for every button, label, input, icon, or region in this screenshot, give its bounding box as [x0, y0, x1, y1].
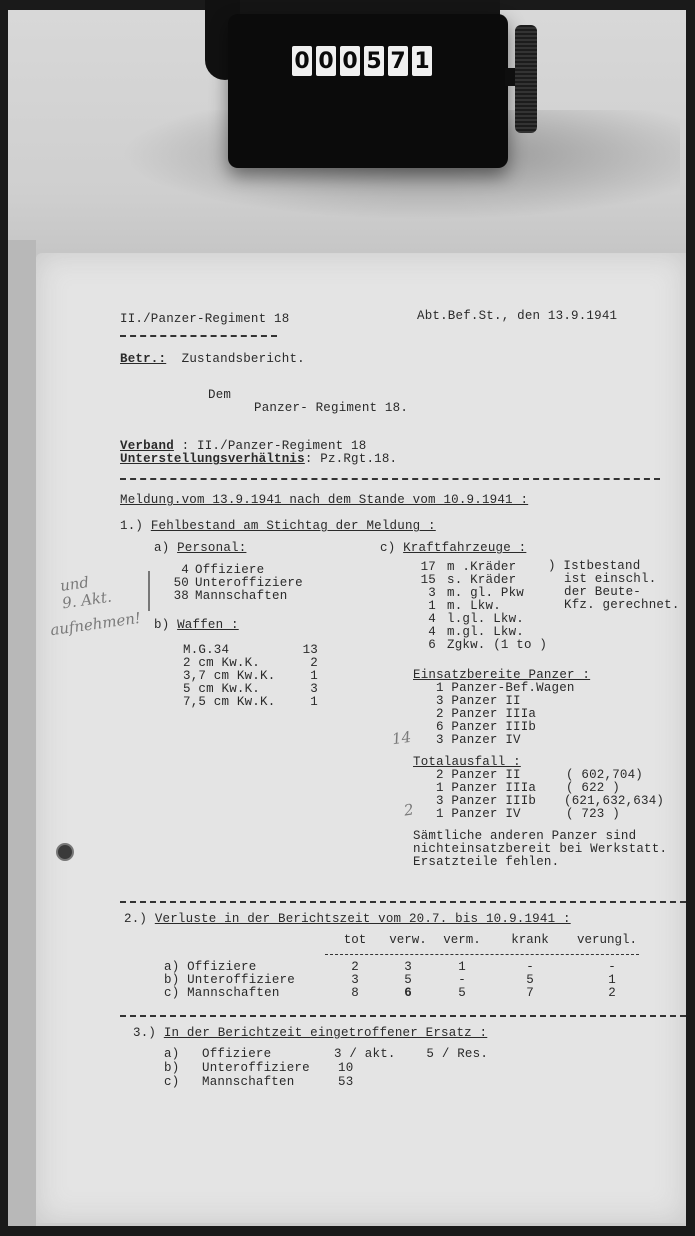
totalausfall-row: 1 Panzer IIIa — [436, 781, 536, 795]
subject-label: Betr.: — [120, 352, 166, 366]
losses-col-header: tot — [325, 933, 385, 947]
kfz-label: m .Kräder — [447, 560, 516, 574]
addressee-line2: Panzer- Regiment 18. — [254, 401, 408, 415]
kfz-count: 1 — [410, 599, 436, 613]
kfz-note: ist einschl. — [564, 572, 656, 586]
einsatzbereit-row: 1 Panzer-Bef.Wagen — [436, 681, 575, 695]
unterstellung-label: Unterstellungsverhältnis — [120, 452, 305, 466]
section1-heading: 1.) Fehlbestand am Stichtag der Meldung … — [120, 519, 436, 533]
counter-knob — [515, 25, 537, 133]
personal-label: Mannschaften — [195, 589, 287, 603]
losses-col-header: verw. — [378, 933, 438, 947]
replacement-value: 53 — [338, 1075, 353, 1089]
replacement-marker: a) — [164, 1047, 179, 1061]
losses-cell: 2 — [325, 960, 385, 974]
waffen-heading: b) Waffen : — [154, 618, 239, 632]
personal-heading: a) Personal: — [154, 541, 246, 555]
frame-counter — [228, 14, 508, 168]
personal-count: 50 — [167, 576, 189, 590]
kfz-label: m. Lkw. — [447, 599, 501, 613]
totalausfall-numbers: ( 622 ) — [566, 781, 620, 795]
waffen-count: 3 — [294, 682, 318, 696]
losses-cell: 5 — [378, 973, 438, 987]
kfz-count: 4 — [410, 625, 436, 639]
kfz-label: l.gl. Lkw. — [447, 612, 524, 626]
unterstellung-value: : Pz.Rgt.18. — [305, 452, 397, 466]
losses-header-rule — [325, 954, 639, 955]
document-page: II./Panzer-Regiment 18 Abt.Bef.St., den … — [36, 253, 686, 1223]
losses-cell: 1 — [432, 960, 492, 974]
kfz-label: m.gl. Lkw. — [447, 625, 524, 639]
waffen-label: 7,5 cm Kw.K. — [183, 695, 275, 709]
section-divider — [120, 1015, 686, 1017]
kfz-count: 6 — [410, 638, 436, 652]
einsatzbereit-heading: Einsatzbereite Panzer : — [413, 668, 590, 682]
personal-count: 38 — [167, 589, 189, 603]
personal-count: 4 — [167, 563, 189, 577]
waffen-count: 1 — [294, 695, 318, 709]
replacement-label: Mannschaften — [202, 1075, 294, 1089]
counter-digit: 1 — [412, 46, 432, 76]
losses-col-header: verm. — [432, 933, 492, 947]
losses-cell: - — [582, 960, 642, 974]
totalausfall-row: 2 Panzer II — [436, 768, 521, 782]
counter-digit: 0 — [340, 46, 360, 76]
counter-digit: 5 — [364, 46, 384, 76]
personal-label: Unteroffiziere — [195, 576, 303, 590]
remark-line: Sämtliche anderen Panzer sind — [413, 829, 636, 843]
losses-cell: 1 — [582, 973, 642, 987]
subject-line: Betr.: Zustandsbericht. — [120, 352, 305, 366]
einsatzbereit-row: 6 Panzer IIIb — [436, 720, 536, 734]
kfz-count: 17 — [410, 560, 436, 574]
losses-cell: 3 — [325, 973, 385, 987]
losses-cell: - — [500, 960, 560, 974]
losses-col-header: verungl. — [572, 933, 642, 947]
waffen-count: 13 — [294, 643, 318, 657]
remark-line: Ersatzteile fehlen. — [413, 855, 559, 869]
kfz-note: ) Istbestand — [548, 559, 640, 573]
replacement-value: 3 / akt. 5 / Res. — [334, 1047, 488, 1061]
kfz-label: s. Kräder — [447, 573, 516, 587]
section3-heading: 3.) In der Berichtzeit eingetroffener Er… — [133, 1026, 487, 1040]
kfz-count: 3 — [410, 586, 436, 600]
verband-value: : II./Panzer-Regiment 18 — [174, 439, 367, 453]
losses-cell: - — [432, 973, 492, 987]
totalausfall-numbers: ( 602,704) — [566, 768, 643, 782]
replacement-label: Offiziere — [202, 1047, 271, 1061]
totalausfall-row: 3 Panzer IIIb — [436, 794, 536, 808]
losses-row-label: c) Mannschaften — [164, 986, 280, 1000]
replacement-label: Unteroffiziere — [202, 1061, 310, 1075]
kfz-note: der Beute- — [564, 585, 641, 599]
waffen-count: 2 — [294, 656, 318, 670]
losses-cell: 6 — [378, 986, 438, 1000]
remark-line: nichteinsatzbereit bei Werkstatt. — [413, 842, 667, 856]
replacement-value: 10 — [338, 1061, 353, 1075]
handwritten-mark: 2 — [403, 800, 415, 819]
losses-col-header: krank — [500, 933, 560, 947]
handwritten-mark: 14 — [391, 728, 412, 748]
handwritten-note: aufnehmen! — [49, 609, 142, 640]
unterstellung-line: Unterstellungsverhältnis: Pz.Rgt.18. — [120, 452, 397, 466]
losses-row-label: b) Unteroffiziere — [164, 973, 295, 987]
left-edge-strip — [8, 240, 36, 1226]
personal-label: Offiziere — [195, 563, 264, 577]
losses-cell: 5 — [500, 973, 560, 987]
kfz-note: Kfz. gerechnet. — [564, 598, 680, 612]
kfz-heading: c) Kraftfahrzeuge : — [380, 541, 526, 555]
totalausfall-numbers: ( 723 ) — [566, 807, 620, 821]
kfz-label: m. gl. Pkw — [447, 586, 524, 600]
report-line: Meldung.vom 13.9.1941 nach dem Stande vo… — [120, 493, 528, 507]
unit-name: II./Panzer-Regiment 18 — [120, 312, 289, 326]
addressee-line1: Dem — [208, 388, 231, 402]
counter-digit: 0 — [292, 46, 312, 76]
section3-title: In der Berichtzeit eingetroffener Ersatz… — [164, 1026, 487, 1040]
waffen-label: 5 cm Kw.K. — [183, 682, 260, 696]
pencil-mark — [148, 571, 150, 611]
header-divider — [120, 335, 277, 337]
totalausfall-heading: Totalausfall : — [413, 755, 521, 769]
section1-title: Fehlbestand am Stichtag der Meldung : — [151, 519, 436, 533]
losses-cell: 2 — [582, 986, 642, 1000]
replacement-marker: b) — [164, 1061, 179, 1075]
replacement-marker: c) — [164, 1075, 179, 1089]
verband-label: Verband — [120, 439, 174, 453]
section-divider — [120, 901, 686, 903]
waffen-label: 2 cm Kw.K. — [183, 656, 260, 670]
counter-digit: 0 — [316, 46, 336, 76]
kfz-count: 4 — [410, 612, 436, 626]
losses-cell: 3 — [378, 960, 438, 974]
punch-hole — [56, 843, 74, 861]
verband-line: Verband : II./Panzer-Regiment 18 — [120, 439, 366, 453]
kfz-count: 15 — [410, 573, 436, 587]
waffen-label: 3,7 cm Kw.K. — [183, 669, 275, 683]
einsatzbereit-row: 3 Panzer IV — [436, 733, 521, 747]
losses-row-label: a) Offiziere — [164, 960, 256, 974]
subject-text: Zustandsbericht. — [182, 352, 305, 366]
losses-cell: 8 — [325, 986, 385, 1000]
einsatzbereit-row: 3 Panzer II — [436, 694, 521, 708]
section-divider — [120, 478, 660, 480]
losses-cell: 7 — [500, 986, 560, 1000]
waffen-count: 1 — [294, 669, 318, 683]
losses-cell: 5 — [432, 986, 492, 1000]
counter-digit: 7 — [388, 46, 408, 76]
section2-title: Verluste in der Berichtszeit vom 20.7. b… — [155, 912, 571, 926]
kfz-label: Zgkw. (1 to ) — [447, 638, 547, 652]
einsatzbereit-row: 2 Panzer IIIa — [436, 707, 536, 721]
totalausfall-numbers: (621,632,634) — [564, 794, 664, 808]
counter-digits: 0 0 0 5 7 1 — [292, 46, 432, 76]
section2-heading: 2.) Verluste in der Berichtszeit vom 20.… — [124, 912, 571, 926]
totalausfall-row: 1 Panzer IV — [436, 807, 521, 821]
waffen-label: M.G.34 — [183, 643, 229, 657]
place-date: Abt.Bef.St., den 13.9.1941 — [417, 309, 617, 323]
